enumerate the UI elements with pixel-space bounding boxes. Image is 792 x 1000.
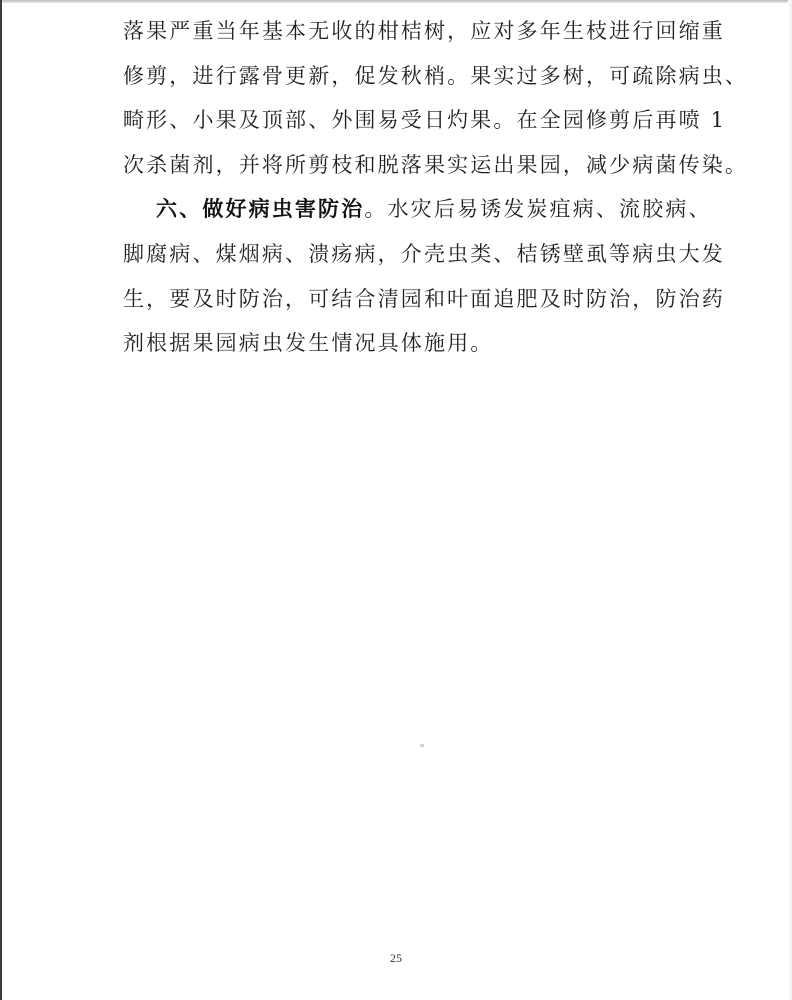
section-number: 六、 bbox=[156, 196, 202, 221]
body-line: 修剪，进行露骨更新，促发秋梢。果实过多树，可疏除病虫、 bbox=[123, 54, 671, 99]
page-number: 25 bbox=[384, 951, 408, 966]
body-line: 次杀菌剂，并将所剪枝和脱落果实运出果园，减少病菌传染。 bbox=[123, 143, 671, 188]
section-title: 做好病虫害防治 bbox=[202, 196, 364, 221]
body-line: 脚腐病、煤烟病、溃疡病，介壳虫类、桔锈壁虱等病虫大发 bbox=[123, 232, 671, 277]
section-six-heading-line: 六、做好病虫害防治。水灾后易诱发炭疽病、流胶病、 bbox=[123, 187, 671, 232]
scan-left-edge bbox=[0, 0, 2, 1000]
scan-right-edge bbox=[788, 0, 792, 1000]
body-line: 落果严重当年基本无收的柑桔树，应对多年生枝进行回缩重 bbox=[123, 9, 671, 54]
scan-top-edge bbox=[0, 0, 792, 3]
document-body: 落果严重当年基本无收的柑桔树，应对多年生枝进行回缩重 修剪，进行露骨更新，促发秋… bbox=[123, 9, 671, 366]
body-line: 畸形、小果及顶部、外围易受日灼果。在全园修剪后再喷 1 bbox=[123, 98, 671, 143]
scan-speck bbox=[420, 744, 424, 747]
body-line: 生，要及时防治，可结合清园和叶面追肥及时防治，防治药 bbox=[123, 277, 671, 322]
section-first-line-text: 水灾后易诱发炭疽病、流胶病、 bbox=[388, 197, 712, 221]
body-line: 剂根据果园病虫发生情况具体施用。 bbox=[123, 321, 671, 366]
section-title-punct: 。 bbox=[364, 197, 387, 221]
